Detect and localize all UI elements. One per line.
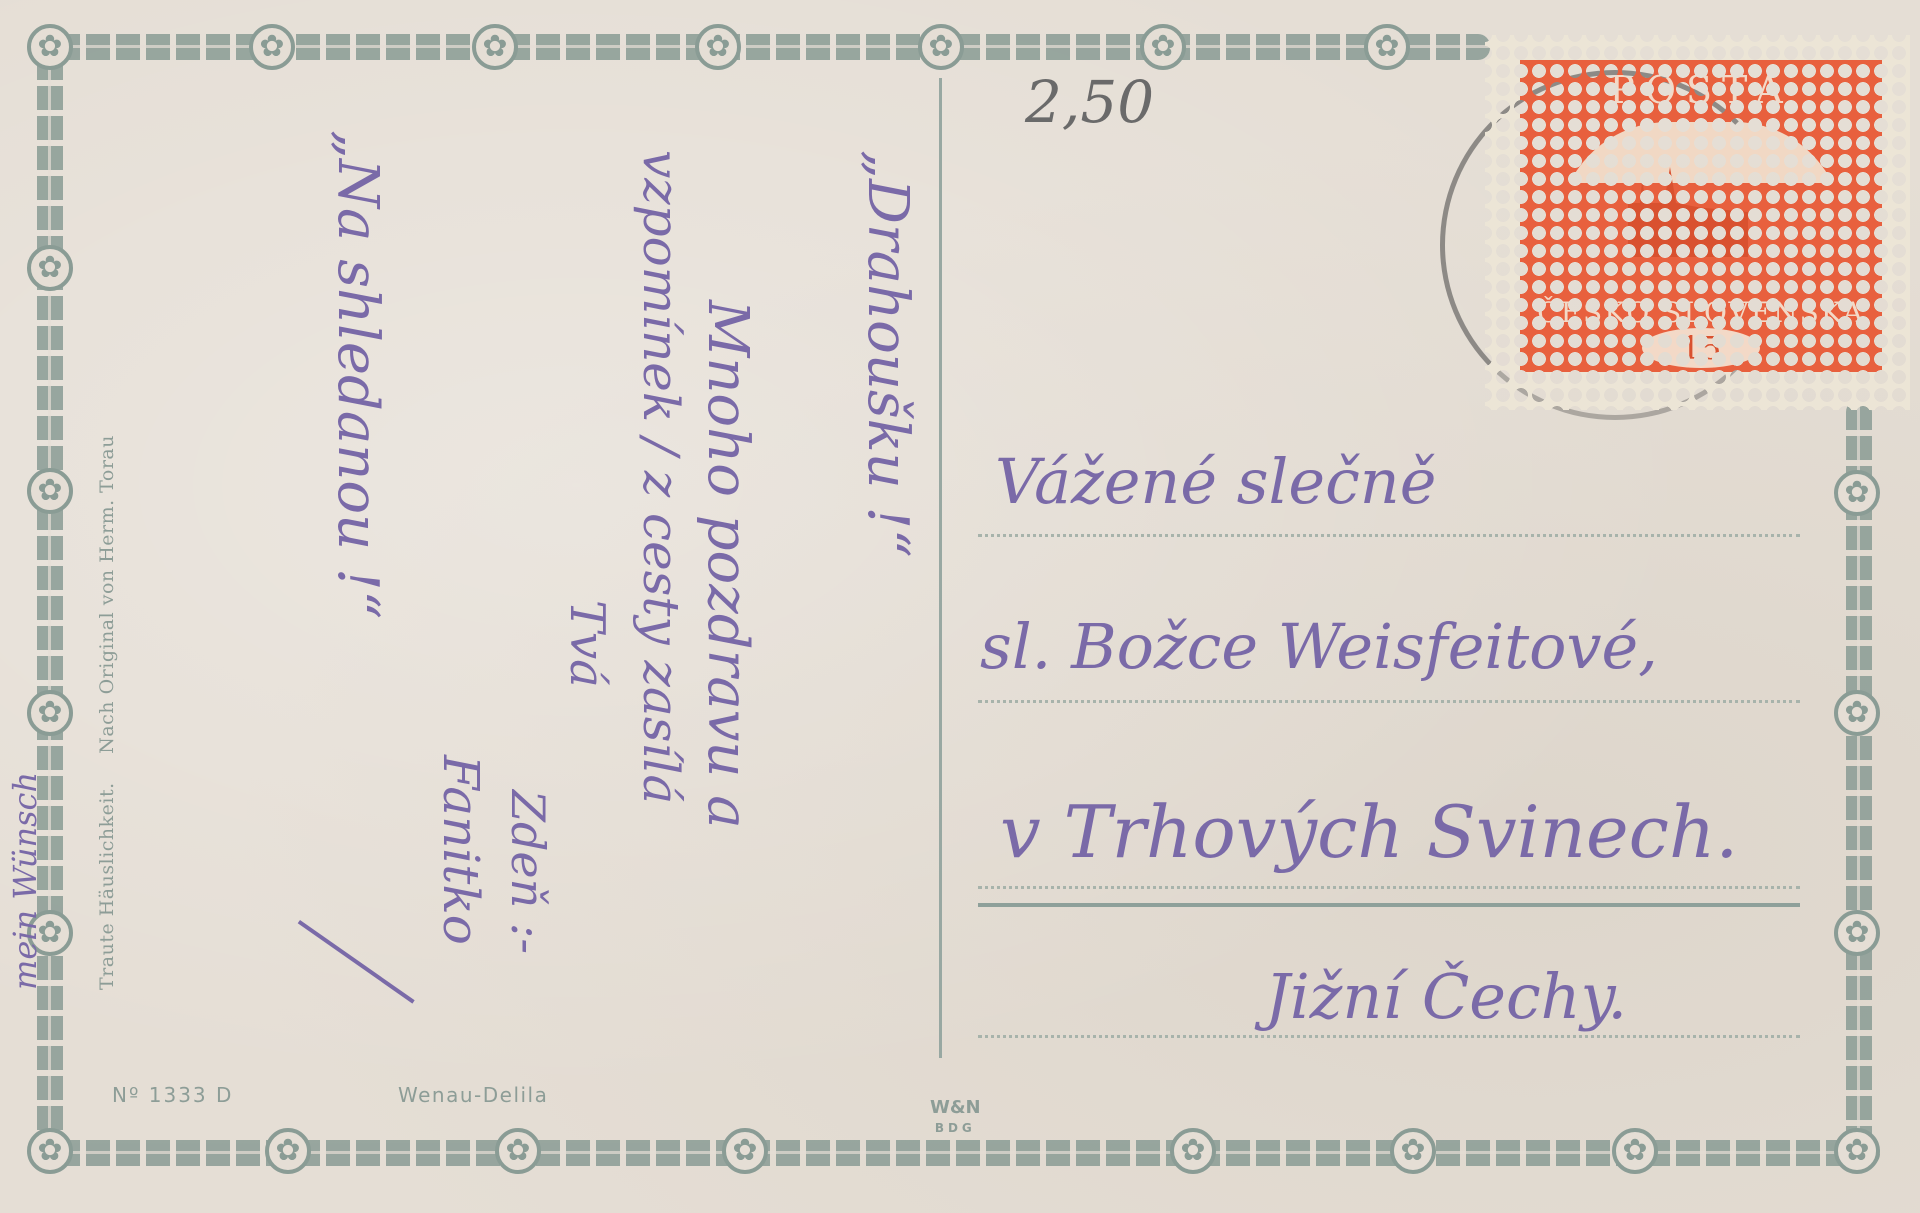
- publisher-logo-text: W&N: [930, 1097, 981, 1118]
- message-line-4: Zdeň :-: [501, 790, 555, 954]
- stamp-design: POSTA ČESKO SLOVENSKA 15: [1520, 60, 1882, 372]
- publisher-logo: W&N BDG: [930, 1098, 981, 1138]
- message-signature: Fanitko: [432, 755, 490, 945]
- message-greeting: „Drahoušku !“: [855, 150, 920, 558]
- rosette-icon: [1390, 1128, 1436, 1174]
- stamp-country-text: ČESKO SLOVENSKA: [1520, 296, 1882, 329]
- publisher-logo-sub: BDG: [930, 1118, 981, 1138]
- rosette-icon: [1834, 470, 1880, 516]
- margin-note: mein Wünsch: [6, 772, 44, 990]
- printed-caption-vertical: Traute Häuslichkeit. Nach Original von H…: [96, 413, 118, 990]
- postage-stamp: POSTA ČESKO SLOVENSKA 15: [1485, 35, 1910, 410]
- caption-title: Traute Häuslichkeit.: [96, 782, 118, 990]
- address-salutation: Vážené slečně: [995, 445, 1436, 518]
- rosette-icon: [265, 1128, 311, 1174]
- castle-icon: [1628, 167, 1748, 257]
- stamp-value: 15: [1642, 328, 1760, 368]
- center-divider: [939, 78, 942, 1058]
- border-bottom: [50, 1140, 1880, 1166]
- rosette-icon: [1140, 24, 1186, 70]
- stamp-top-text: POSTA: [1520, 68, 1882, 112]
- rosette-icon: [1364, 24, 1410, 70]
- rosette-icon: [27, 24, 73, 70]
- rosette-icon: [1834, 910, 1880, 956]
- message-line-2: vzpomínek / z cesty zasílá: [632, 150, 690, 804]
- series-name: Wenau-Delila: [398, 1083, 548, 1107]
- address-line-1: [978, 534, 1800, 537]
- signature-flourish: [298, 920, 415, 1004]
- rosette-icon: [472, 24, 518, 70]
- address-line-2: [978, 700, 1800, 703]
- rosette-icon: [495, 1128, 541, 1174]
- address-line-4: [978, 1035, 1800, 1038]
- address-line-3-underline: [978, 903, 1800, 907]
- address-line-3: [978, 886, 1800, 889]
- rosette-icon: [1170, 1128, 1216, 1174]
- caption-credit: Nach Original von Herm. Torau: [96, 435, 118, 754]
- rosette-icon: [27, 1128, 73, 1174]
- pencil-price-note: 2,50: [1025, 68, 1154, 136]
- message-closing: „Na shledanou !“: [325, 130, 390, 619]
- rosette-icon: [249, 24, 295, 70]
- message-line-1: Mnoho pozdravu a: [695, 300, 760, 829]
- border-left: [37, 50, 63, 1160]
- rosette-icon: [27, 245, 73, 291]
- castle-scene-icon: [1558, 122, 1844, 297]
- message-line-3: Tvá: [559, 600, 615, 688]
- rosette-icon: [27, 468, 73, 514]
- rosette-icon: [918, 24, 964, 70]
- address-region: Jižní Čechy.: [1265, 960, 1627, 1033]
- address-recipient: sl. Božce Weisfeitové,: [980, 610, 1658, 683]
- postcard-back: Traute Häuslichkeit. Nach Original von H…: [0, 0, 1920, 1213]
- rosette-icon: [695, 24, 741, 70]
- catalog-number: Nº 1333 D: [112, 1083, 233, 1107]
- address-town: v Trhových Svinech.: [1000, 790, 1738, 874]
- rosette-icon: [1834, 690, 1880, 736]
- rosette-icon: [722, 1128, 768, 1174]
- rosette-icon: [1834, 1128, 1880, 1174]
- rosette-icon: [1612, 1128, 1658, 1174]
- rosette-icon: [27, 690, 73, 736]
